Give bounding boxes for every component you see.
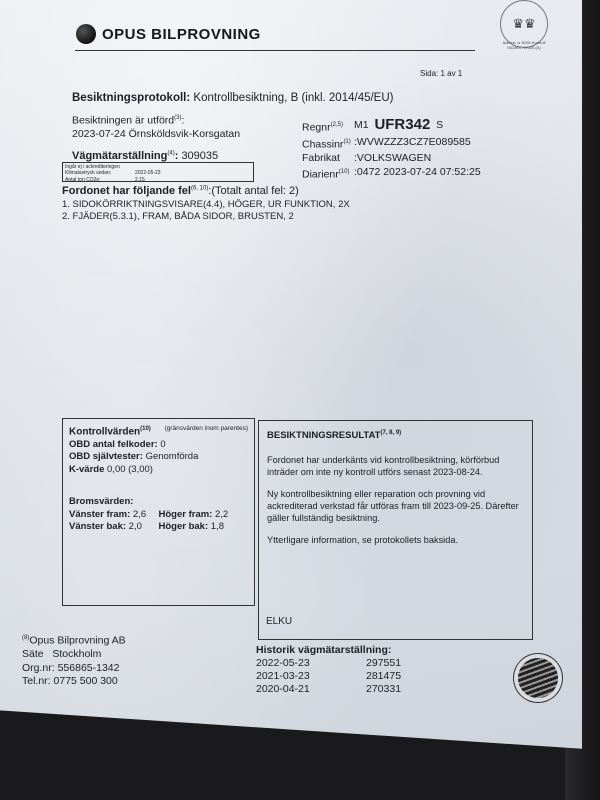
chassis-row: Chassinr(1) :WVWZZZ3CZ7E089585 (302, 135, 481, 152)
brake-values: Bromsvärden: Vänster fram: 2,6 Höger fra… (69, 496, 248, 534)
fault-item: 2. FJÄDER(5.3.1), FRAM, BÅDA SIDOR, BRUS… (62, 211, 350, 223)
inspector-code: ELKU (266, 616, 292, 627)
regnr-row: Regnr(2,5) M1 UFR342 S (302, 118, 481, 135)
result-paragraph: Ytterligare information, se protokollets… (267, 534, 524, 546)
inspection-result-box: BESIKTNINGSRESULTAT(7, 8, 9) Fordonet ha… (258, 420, 533, 640)
control-values-box: Kontrollvärden(10)(gränsvärden inom pare… (62, 418, 255, 606)
history-row: 2022-05-23297551 (256, 657, 401, 670)
inspection-performed: Besiktningen är utförd(3): 2023-07-24 Ör… (72, 112, 240, 141)
make-row: Fabrikat :VOLKSWAGEN (302, 151, 481, 165)
odometer-history: Historik vägmätarställning: 2022-05-2329… (256, 644, 401, 696)
inspection-protocol-document: OPUS BILPROVNING ♛♛ Ackred. nr 8150 Kont… (0, 0, 582, 768)
fault-item: 1. SIDOKÖRRIKTNINGSVISARE(4.4), HÖGER, U… (62, 199, 350, 211)
page-indicator: Sida: 1 av 1 (420, 69, 462, 78)
history-row: 2021-03-23281475 (256, 670, 401, 683)
climate-compensated-globe-icon (518, 658, 558, 698)
accreditation-text: Ackred. nr 8150 Kontroll ISO/IEC 17020 (… (500, 40, 548, 50)
registration-number: UFR342 (374, 118, 430, 135)
climate-footprint-box: Ingår ej i ackrediteringen Klimatavtryck… (62, 162, 254, 182)
result-paragraph: Fordonet har underkänts vid kontrollbesi… (267, 454, 524, 478)
company-info: (8)Opus Bilprovning AB Säte Stockholm Or… (22, 632, 126, 689)
vehicle-info: Regnr(2,5) M1 UFR342 S Chassinr(1) :WVWZ… (302, 118, 481, 182)
result-paragraph: Ny kontrollbesiktning eller reparation o… (267, 488, 524, 524)
inspection-date-location: 2023-07-24 Örnsköldsvik-Korsgatan (72, 128, 240, 141)
history-row: 2020-04-21270331 (256, 683, 401, 696)
odometer-reading: Vägmätarställning(4): 309035 (72, 150, 218, 162)
brand-name: OPUS BILPROVNING (102, 26, 261, 43)
brand-logo: OPUS BILPROVNING (76, 24, 261, 44)
faults-heading: Fordonet har följande fel(6, 10):(Totalt… (62, 185, 299, 197)
faults-list: 1. SIDOKÖRRIKTNINGSVISARE(4.4), HÖGER, U… (62, 199, 350, 223)
diary-row: Diarienr(10) :0472 2023-07-24 07:52:25 (302, 165, 481, 182)
opus-globe-icon (76, 24, 96, 44)
document-title: Besiktningsprotokoll: Kontrollbesiktning… (72, 92, 393, 104)
header-divider (75, 50, 475, 51)
